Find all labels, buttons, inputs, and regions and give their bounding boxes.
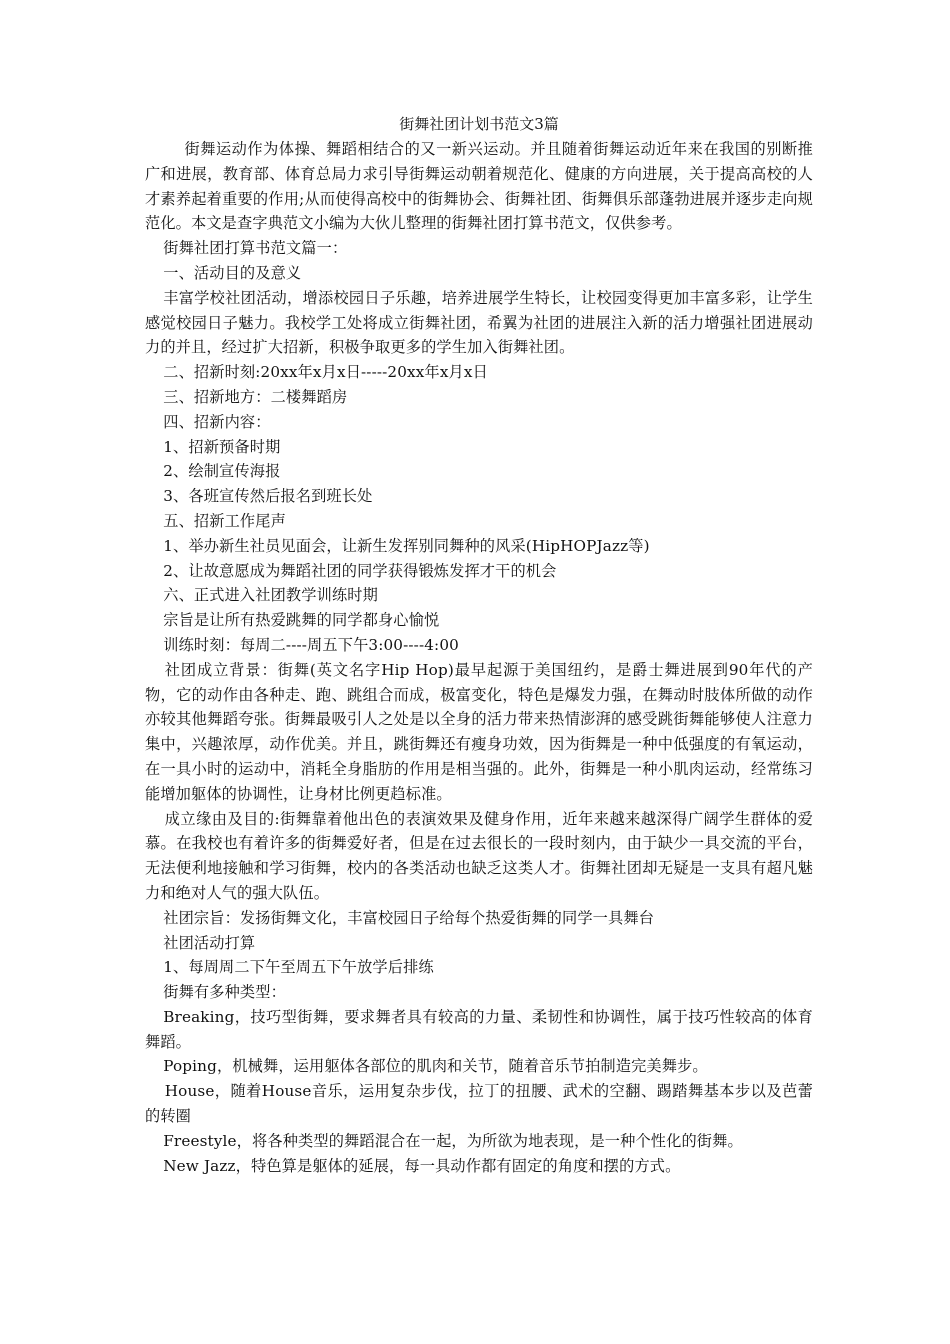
paragraph: 街舞社团打算书范文篇一： — [145, 236, 813, 261]
paragraph: 成立缘由及目的:街舞靠着他出色的表演效果及健身作用，近年来越来越深得广阔学生群体… — [145, 807, 813, 906]
paragraph: 四、招新内容： — [145, 410, 813, 435]
paragraph: 三、招新地方：二楼舞蹈房 — [145, 385, 813, 410]
paragraph: 社团宗旨：发扬街舞文化，丰富校园日子给每个热爱街舞的同学一具舞台 — [145, 906, 813, 931]
paragraph: 六、正式进入社团教学训练时期 — [145, 583, 813, 608]
paragraph: 1、招新预备时期 — [145, 435, 813, 460]
paragraph: Breaking，技巧型街舞，要求舞者具有较高的力量、柔韧性和协调性，属于技巧性… — [145, 1005, 813, 1055]
paragraph: New Jazz，特色算是躯体的延展，每一具动作都有固定的角度和摆的方式。 — [145, 1154, 813, 1179]
paragraph: 丰富学校社团活动，增添校园日子乐趣，培养进展学生特长，让校园变得更加丰富多彩，让… — [145, 286, 813, 360]
paragraph: 宗旨是让所有热爱跳舞的同学都身心愉悦 — [145, 608, 813, 633]
paragraph: 街舞运动作为体操、舞蹈相结合的又一新兴运动。并且随着街舞运动近年来在我国的别断推… — [145, 137, 813, 236]
paragraph: 2、绘制宣传海报 — [145, 459, 813, 484]
paragraph: House，随着House音乐，运用复杂步伐，拉丁的扭腰、武术的空翻、踢踏舞基本… — [145, 1079, 813, 1129]
document-page: 街舞社团计划书范文3篇 街舞运动作为体操、舞蹈相结合的又一新兴运动。并且随着街舞… — [145, 112, 813, 1178]
paragraph: 1、每周周二下午至周五下午放学后排练 — [145, 955, 813, 980]
paragraph: 五、招新工作尾声 — [145, 509, 813, 534]
paragraph: 二、招新时刻:20xx年x月x日-----20xx年x月x日 — [145, 360, 813, 385]
document-title: 街舞社团计划书范文3篇 — [145, 112, 813, 136]
document-body: 街舞运动作为体操、舞蹈相结合的又一新兴运动。并且随着街舞运动近年来在我国的别断推… — [145, 137, 813, 1178]
paragraph: 训练时刻：每周二----周五下午3:00----4:00 — [145, 633, 813, 658]
paragraph: 街舞有多种类型： — [145, 980, 813, 1005]
paragraph: 1、举办新生社员见面会，让新生发挥别同舞种的风采(HipHOPJazz等) — [145, 534, 813, 559]
paragraph: Poping，机械舞，运用躯体各部位的肌肉和关节，随着音乐节拍制造完美舞步。 — [145, 1054, 813, 1079]
paragraph: 2、让故意愿成为舞蹈社团的同学获得锻炼发挥才干的机会 — [145, 559, 813, 584]
paragraph: 一、活动目的及意义 — [145, 261, 813, 286]
paragraph: 社团成立背景：街舞(英文名字Hip Hop)最早起源于美国纽约，是爵士舞进展到9… — [145, 658, 813, 807]
paragraph: 3、各班宣传然后报名到班长处 — [145, 484, 813, 509]
paragraph: 社团活动打算 — [145, 931, 813, 956]
paragraph: Freestyle，将各种类型的舞蹈混合在一起，为所欲为地表现，是一种个性化的街… — [145, 1129, 813, 1154]
